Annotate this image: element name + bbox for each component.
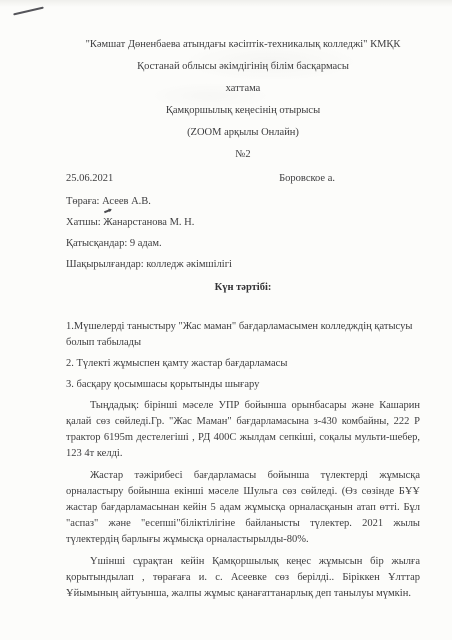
body-paragraph-second-issue: Жастар тәжірибесі бағдарламасы бойынша т… (66, 468, 420, 548)
department-line: Қостанай облысы әкімдігінің білім басқар… (66, 56, 420, 78)
attendees-row: Қатысқандар: 9 адам. (66, 233, 420, 254)
invited-row: Шақырылғандар: колледж әкімшілігі (66, 254, 420, 275)
attendees-line: Қатысқандар: 9 адам. (66, 233, 162, 254)
invited-line: Шақырылғандар: колледж әкімшілігі (66, 254, 232, 275)
date-location-row: 25.06.2021 Боровское а. (66, 168, 420, 189)
document-content: "Кәмшат Дөненбаева атындағы кәсіптік-тех… (66, 0, 420, 602)
doc-type-line: хаттама (66, 78, 420, 100)
body-paragraph-listened: Тыңдадық: бірінші мәселе УПР бойынша оры… (66, 398, 420, 462)
agenda-heading: Күн тәртібі: (66, 277, 420, 299)
meeting-format-line: (ZOOM арқылы Онлайн) (66, 122, 420, 144)
agenda-item-1: 1.Мүшелерді таныстыру "Жас маман" бағдар… (66, 319, 420, 351)
doc-number-line: №2 (66, 144, 420, 166)
scanned-protocol-page: "Кәмшат Дөненбаева атындағы кәсіптік-тех… (0, 0, 452, 640)
pen-stroke-mark (13, 7, 44, 16)
body-paragraph-third-issue: Үшінші сұрақтан кейін Қамқоршылық кеңес … (66, 554, 420, 602)
org-name-line: "Кәмшат Дөненбаева атындағы кәсіптік-тех… (66, 34, 420, 56)
secretary-line: Хатшы: Жанарстанова М. Н. (66, 212, 194, 233)
secretary-row: Хатшы: Жанарстанова М. Н. (66, 212, 420, 233)
agenda-item-2: 2. Түлекті жұмыспен қамту жастар бағдарл… (66, 356, 420, 372)
meeting-title-line: Қамқоршылық кеңесінің отырысы (66, 100, 420, 122)
chairman-row: Төраға: Асеев А.В. (66, 191, 420, 212)
agenda-item-3: 3. басқару қосымшасы қорытынды шығару (66, 377, 420, 393)
meeting-location: Боровское а. (279, 168, 335, 189)
meeting-date: 25.06.2021 (66, 168, 113, 189)
